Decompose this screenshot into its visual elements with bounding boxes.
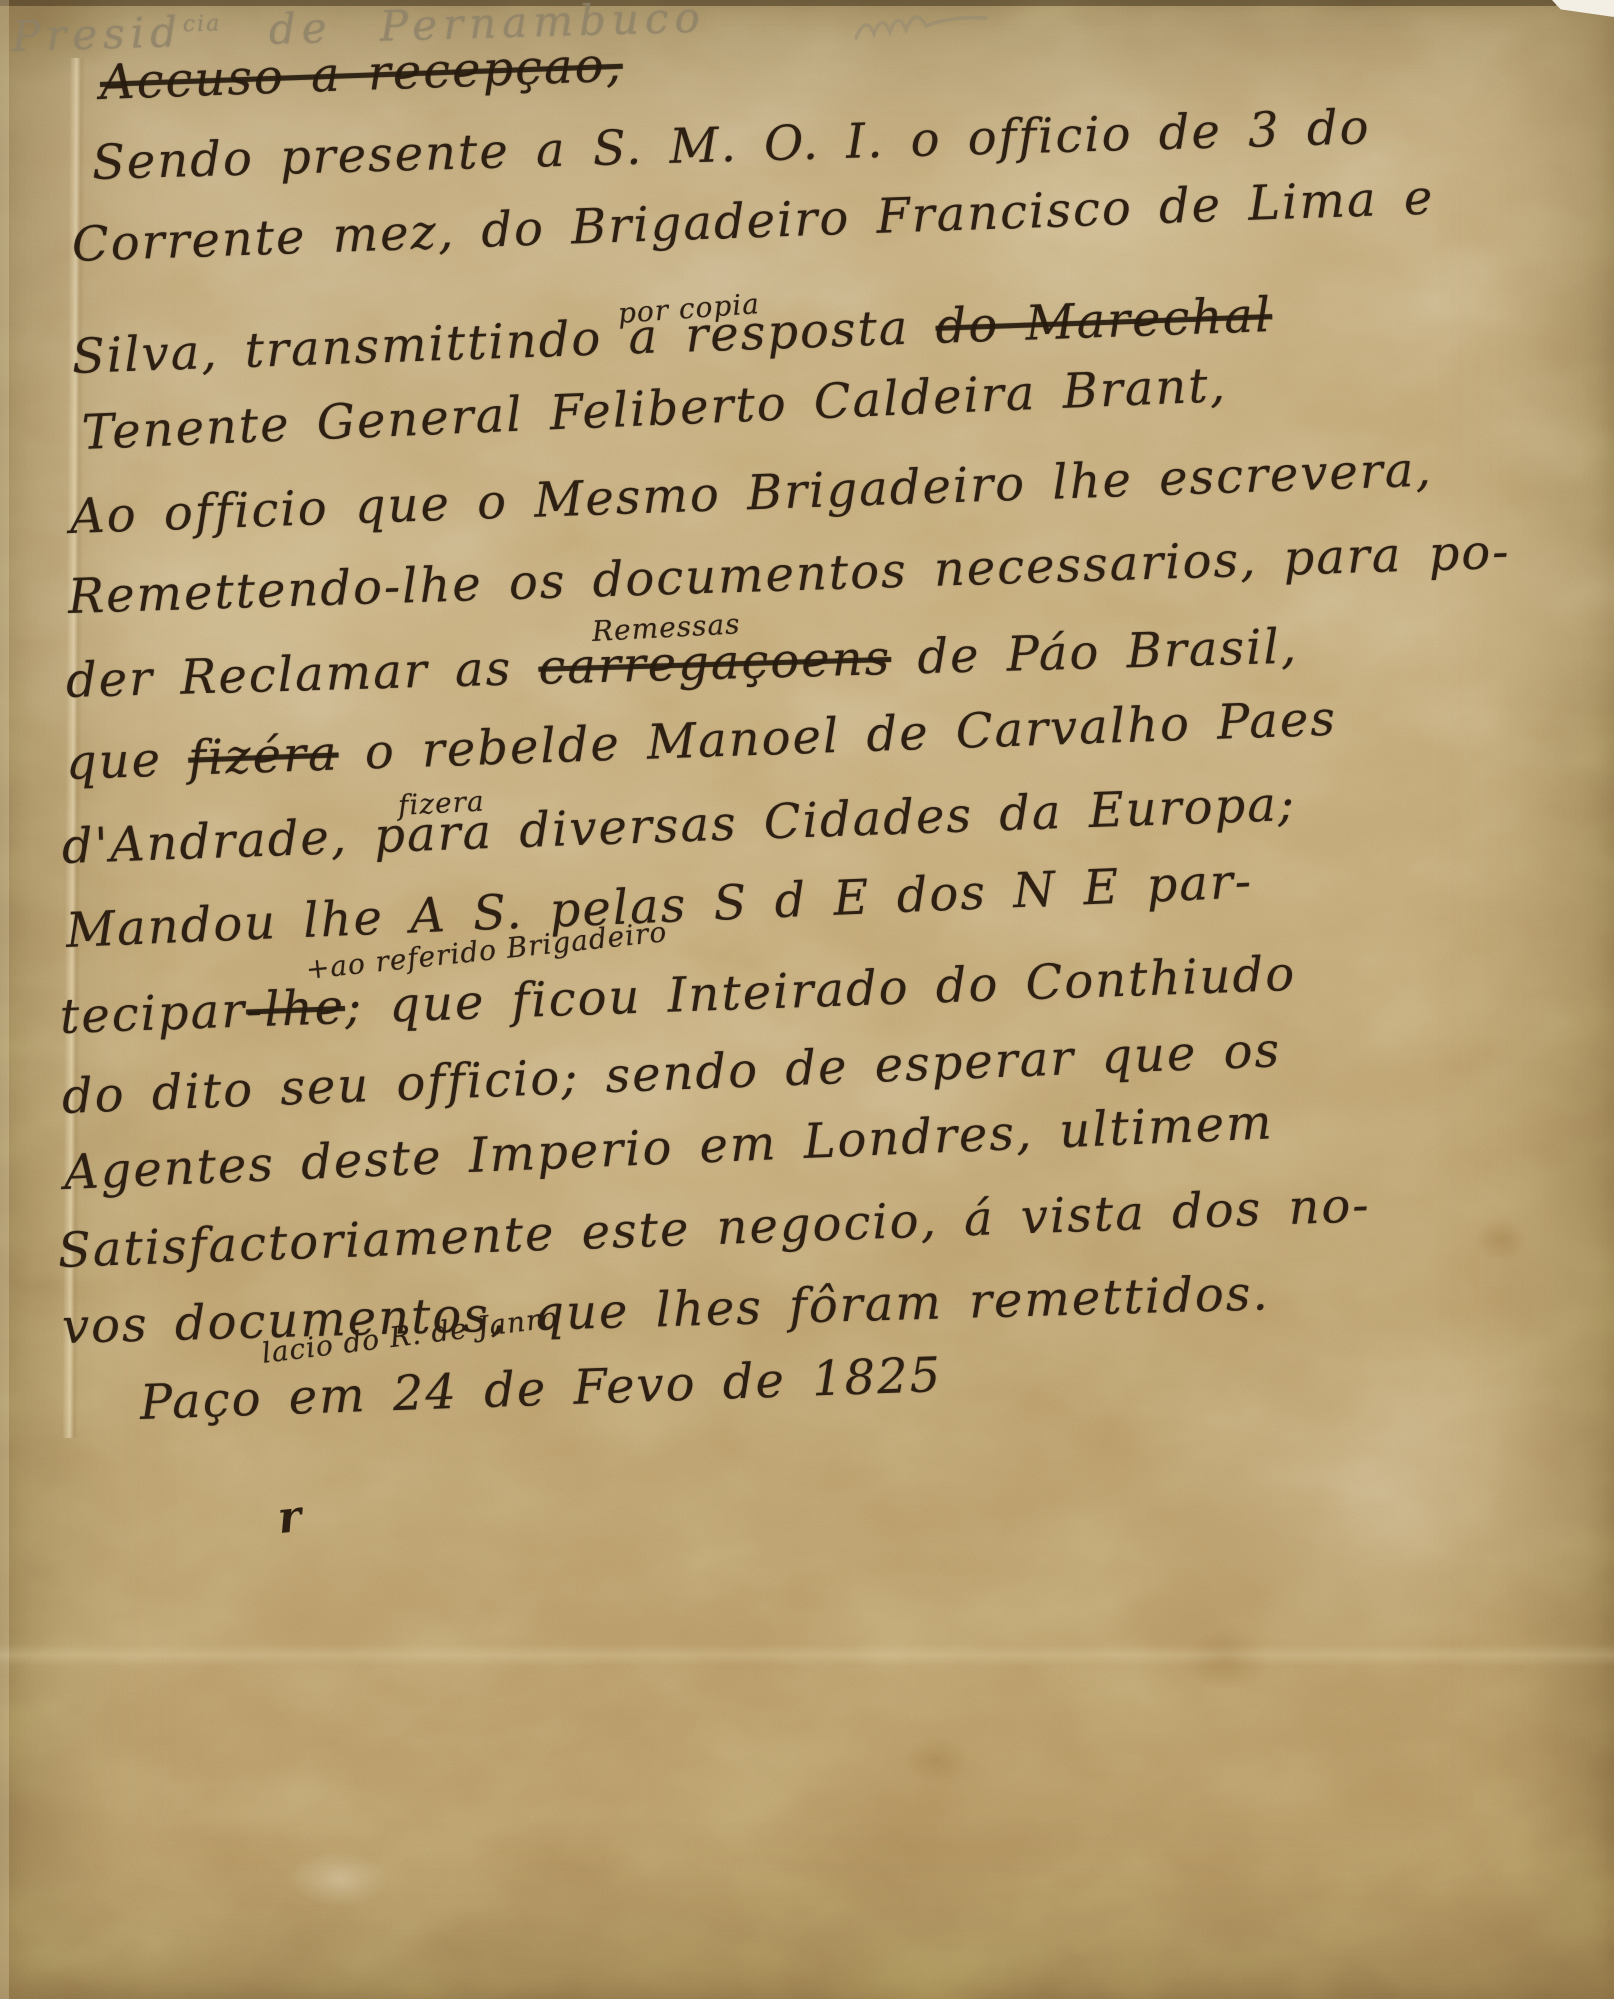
text-segment: Sendo presente a S. M. O. I. o officio d… [91, 99, 1371, 191]
manuscript-page: Presidcia de Pernambuco Accuso a recepça… [0, 0, 1614, 1999]
date-text-segment: 24 de Fevo de 1825 [392, 1347, 943, 1422]
manuscript-line: Satisfactoriamente este negocio, á vista… [57, 1180, 1371, 1276]
fold-crease-horizontal [0, 1644, 1614, 1666]
text-segment: der Reclamar as [65, 640, 539, 709]
manuscript-line-dateline: Paço em 24 de Fevo de 1825 [139, 1350, 943, 1428]
pencil-squiggle [850, 6, 1030, 52]
page-left-edge [0, 0, 9, 1999]
text-segment: tecipar [59, 983, 247, 1045]
struck-text-segment: fizéra [187, 726, 339, 787]
text-segment: vos documentos, que lhes fôram remettido… [61, 1265, 1270, 1355]
text-segment: de Páo Brasil, [890, 619, 1298, 686]
manuscript-line: Remettendo-lhe os documentos necessarios… [67, 527, 1511, 623]
struck-text-segment: do Marechal [935, 287, 1274, 355]
text-segment: Silva, transmittindo a resposta [71, 299, 937, 385]
manuscript-line: vos documentos, que lhes fôram remettido… [61, 1268, 1270, 1352]
manuscript-line: Ao officio que o Mesmo Brigadeiro lhe es… [69, 444, 1433, 542]
manuscript-line: Corrente mez, do Brigadeiro Francisco de… [71, 172, 1435, 270]
text-segment: Remettendo-lhe os documentos necessarios… [67, 524, 1511, 625]
manuscript-line: que fizéra o rebelde Manoel de Carvalho … [65, 694, 1338, 789]
struck-text-segment: -lhe [245, 979, 346, 1038]
rubric-mark: r [276, 1495, 304, 1541]
text-segment: o rebelde Manoel de Carvalho Paes [338, 691, 1338, 782]
pencil-superscript: cia [182, 11, 221, 37]
manuscript-line: Sendo presente a S. M. O. I. o officio d… [91, 102, 1371, 188]
text-segment: que [65, 731, 189, 791]
struck-text-segment: carregaçoens [538, 630, 892, 696]
text-segment: Ao officio que o Mesmo Brigadeiro lhe es… [69, 441, 1433, 545]
text-segment: Paço em [139, 1366, 394, 1431]
page-corner-gap [1552, 0, 1614, 17]
